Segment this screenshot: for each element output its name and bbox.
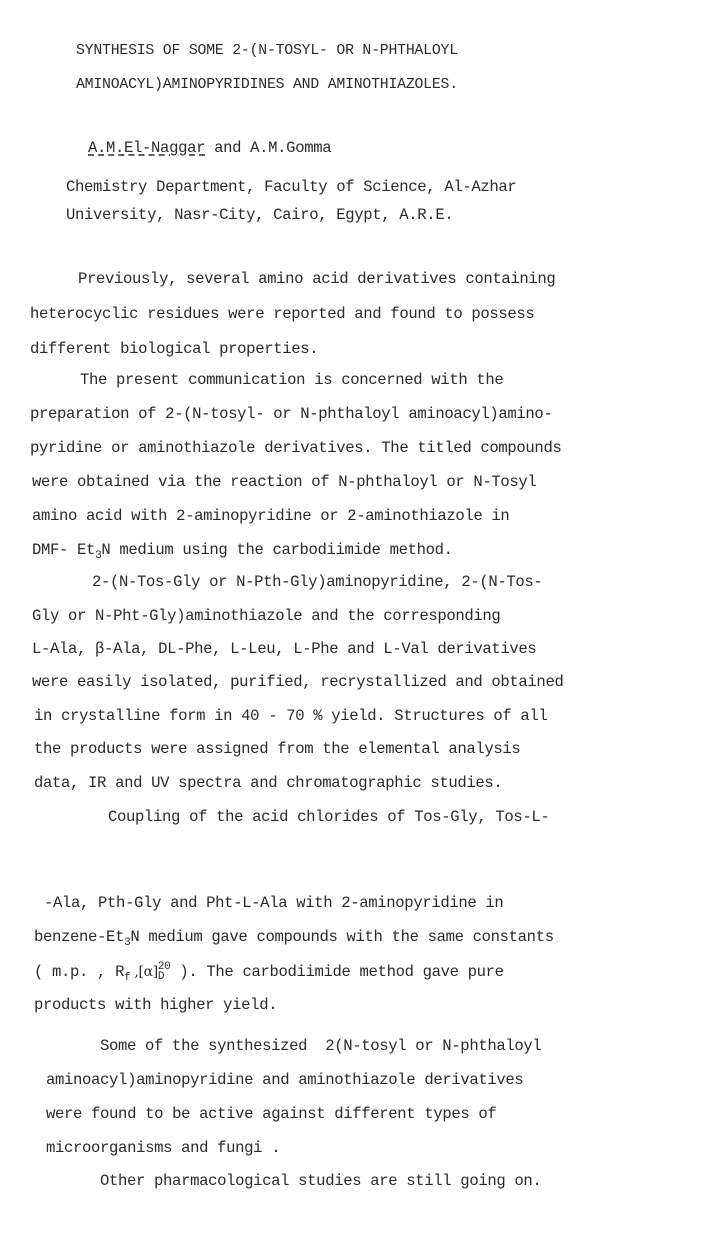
optical-rotation-symbol: ,[α] xyxy=(130,964,158,980)
body-line: Coupling of the acid chlorides of Tos-Gl… xyxy=(108,808,549,826)
body-line: Other pharmacological studies are still … xyxy=(100,1172,541,1190)
body-line: aminoacyl)aminopyridine and aminothiazol… xyxy=(46,1071,523,1089)
body-line: different biological properties. xyxy=(30,340,318,358)
body-line: in crystalline form in 40 - 70 % yield. … xyxy=(34,707,547,725)
body-line: products with higher yield. xyxy=(34,996,277,1014)
affiliation-line-2: University, Nasr-City, Cairo, Egypt, A.R… xyxy=(66,206,453,224)
authors: A.M.El-Naggar and A.M.Gomma xyxy=(88,139,331,157)
text-run: ( m.p. , R xyxy=(34,963,124,981)
text-run: benzene-Et xyxy=(34,928,124,946)
body-line: data, IR and UV spectra and chromatograp… xyxy=(34,774,502,792)
author-primary: A.M.El-Naggar xyxy=(88,139,205,157)
body-line-formula: benzene-Et3N medium gave compounds with … xyxy=(34,928,554,946)
title-line-1: SYNTHESIS OF SOME 2-(N-TOSYL- OR N-PHTHA… xyxy=(76,42,458,60)
body-line: heterocyclic residues were reported and … xyxy=(30,305,534,323)
title-line-2: AMINOACYL)AMINOPYRIDINES AND AMINOTHIAZO… xyxy=(76,76,458,94)
body-line: Some of the synthesized 2(N-tosyl or N-p… xyxy=(100,1037,541,1055)
body-line: amino acid with 2-aminopyridine or 2-ami… xyxy=(32,507,509,525)
affiliation-line-1: Chemistry Department, Faculty of Science… xyxy=(66,178,516,196)
body-line: were easily isolated, purified, recrysta… xyxy=(32,673,563,691)
subscript: D xyxy=(158,972,171,982)
text-run: N medium using the carbodiimide method. xyxy=(101,541,452,559)
text-run: ). The carbodiimide method gave pure xyxy=(170,963,503,981)
author-secondary: A.M.Gomma xyxy=(250,139,331,157)
body-line: microorganisms and fungi . xyxy=(46,1139,280,1157)
rotation-indices: 20D xyxy=(158,962,171,982)
body-line: Previously, several amino acid derivativ… xyxy=(78,270,555,288)
body-line: were obtained via the reaction of N-phth… xyxy=(32,473,536,491)
body-line: pyridine or aminothiazole derivatives. T… xyxy=(30,439,561,457)
body-line: 2-(N-Tos-Gly or N-Pth-Gly)aminopyridine,… xyxy=(92,573,542,591)
body-line-constants: ( m.p. , Rf ,[α]20D ). The carbodiimide … xyxy=(34,962,504,982)
body-line: Gly or N-Pht-Gly)aminothiazole and the c… xyxy=(32,607,500,625)
body-line: preparation of 2-(N-tosyl- or N-phthaloy… xyxy=(30,405,552,423)
author-connector: and xyxy=(205,139,250,157)
body-line: L-Ala, β-Ala, DL-Phe, L-Leu, L-Phe and L… xyxy=(32,640,536,658)
body-line: The present communication is concerned w… xyxy=(80,371,503,389)
text-run: DMF- Et xyxy=(32,541,95,559)
body-line: the products were assigned from the elem… xyxy=(34,740,520,758)
body-line-formula: DMF- Et3N medium using the carbodiimide … xyxy=(32,541,453,559)
text-run: N medium gave compounds with the same co… xyxy=(130,928,553,946)
body-line: were found to be active against differen… xyxy=(46,1105,496,1123)
body-line: -Ala, Pth-Gly and Pht-L-Ala with 2-amino… xyxy=(44,894,503,912)
